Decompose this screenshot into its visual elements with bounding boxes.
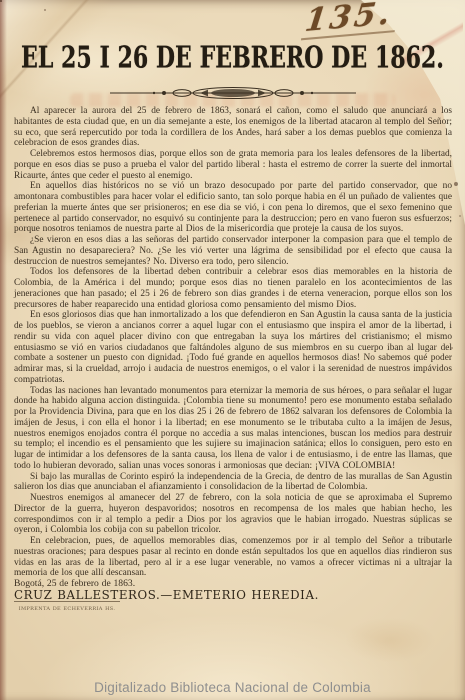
printer-imprint: IMPRENTA DE ECHEVERRIA HS. (14, 601, 120, 615)
paragraph: ¿Se vieron en esos dias a las señoras de… (14, 235, 452, 267)
scanned-broadside-page: 135. EL 25 I 26 DE FEBRERO DE 1862. Al a… (0, 0, 465, 700)
paragraph: Celebremos estos hermosos dias, porque e… (14, 149, 452, 181)
paragraph: Todos los defensores de la libertad debe… (14, 267, 452, 310)
page-title: EL 25 I 26 DE FEBRERO DE 1862. (9, 40, 455, 76)
paragraph: En celebracion, pues, de aquellos memora… (14, 536, 452, 579)
signature-line: CRUZ BALLESTEROS.—EMETERIO HEREDIA. (14, 590, 452, 601)
document-body: Al aparecer la aurora del 25 de febrero … (14, 106, 452, 614)
paragraph: En esos gloriosos dias que han inmortali… (14, 310, 452, 385)
paragraph: Si bajo las murallas de Corinto espiró l… (14, 472, 452, 494)
page-left-edge-shadow (0, 0, 7, 700)
paragraph: Nuestros enemigos al amanecer del 27 de … (14, 493, 452, 536)
paragraph-list: Al aparecer la aurora del 25 de febrero … (14, 106, 452, 579)
paragraph: Todas las naciones han levantado monumen… (14, 386, 452, 472)
paper-specks (0, 0, 2, 2)
handwritten-archival-number: 135. (301, 0, 399, 40)
paragraph: Al aparecer la aurora del 25 de febrero … (14, 106, 452, 149)
paragraph: En aquellos dias históricos no se vió un… (14, 181, 452, 235)
ornament-divider-icon (108, 86, 358, 105)
digitization-caption: Digitalizado Biblioteca Nacional de Colo… (0, 680, 465, 695)
